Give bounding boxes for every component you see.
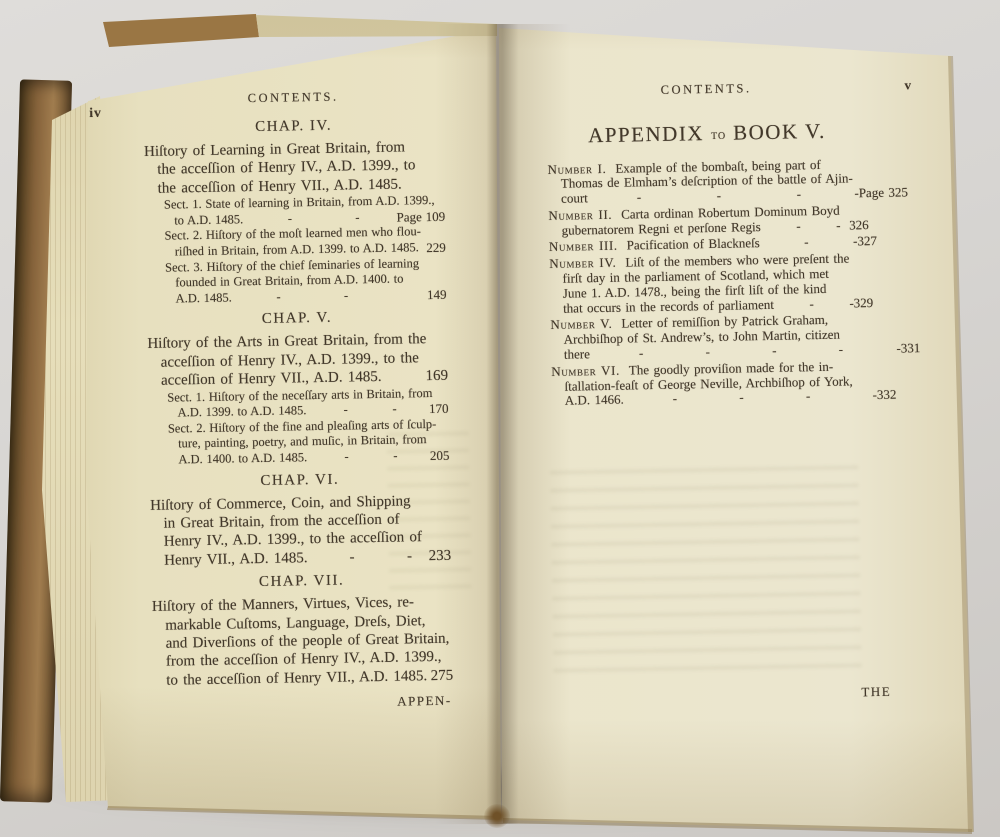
appendix-heading-connector: to <box>711 127 726 142</box>
left-catchword: APPEN- <box>397 693 452 710</box>
chapter-heading: CHAP. VI. <box>150 469 450 491</box>
page-number: 329 <box>854 296 874 311</box>
right-page-text: v CONTENTS. APPENDIXtoBOOK V. Number I.E… <box>546 78 872 409</box>
appendix-toc-lines: Number I.Example of the bombaſt, being p… <box>547 157 871 410</box>
page-number: Page 109 <box>396 209 445 225</box>
page-number: 326 <box>849 218 869 233</box>
chapter-heading: CHAP. V. <box>147 308 447 330</box>
left-folio-number: iv <box>89 105 102 121</box>
left-toc-lines: CHAP. IV.Hiſtory of Learning in Great Br… <box>144 116 454 690</box>
appendix-heading-word: APPENDIX <box>588 121 704 147</box>
entry-number-label: Number III. <box>549 239 627 255</box>
right-folio-number: v <box>904 77 912 93</box>
bleedthrough-text-right <box>550 465 862 684</box>
entry-text: A.D. 1485. - - <box>175 288 348 307</box>
entry-text: founded in Great Britain, from A.D. 1400… <box>175 272 403 290</box>
right-catchword: THE <box>861 684 891 701</box>
entry-text: CHAP. IV. <box>255 118 332 135</box>
entry-number-label: Number IV. <box>549 255 625 271</box>
left-page-text: iv CONTENTS. CHAP. IV.Hiſtory of Learnin… <box>143 87 453 690</box>
entry-number-label: Number II. <box>548 207 621 223</box>
page-number: 149 <box>427 287 447 303</box>
page-number: 275 <box>431 666 454 685</box>
entry-number-label: Number VI. <box>551 362 629 378</box>
gutter-bottom-stain <box>484 804 510 828</box>
page-number: 332 <box>877 388 897 403</box>
toc-line: Henry VII., A.D. 1485. - -233 <box>151 546 451 570</box>
page-number: 331 <box>901 341 921 356</box>
entry-text: CHAP. VII. <box>259 573 344 590</box>
page-number: Page 325 <box>859 185 908 201</box>
page-number: 327 <box>857 234 877 249</box>
entry-text: A.D. 1400. to A.D. 1485. - - <box>178 449 397 468</box>
page-number: 205 <box>430 448 450 464</box>
page-number: 233 <box>428 546 451 565</box>
page-number: 170 <box>429 401 449 417</box>
entry-text: Henry VII., A.D. 1485. - - <box>164 547 412 570</box>
appendix-heading-book: BOOK V. <box>733 119 826 145</box>
chapter-heading: CHAP. IV. <box>144 116 444 138</box>
entry-text: CHAP. V. <box>262 310 333 327</box>
page-number: 169 <box>425 367 448 386</box>
entry-number-label: Number V. <box>550 316 621 332</box>
appendix-heading: APPENDIXtoBOOK V. <box>547 118 867 150</box>
chapter-heading: CHAP. VII. <box>151 571 451 593</box>
entry-number-label: Number I. <box>547 160 615 176</box>
entry-text: CHAP. VI. <box>260 471 339 488</box>
book-photograph: iv CONTENTS. CHAP. IV.Hiſtory of Learnin… <box>0 0 1000 837</box>
page-number: 229 <box>426 240 446 256</box>
